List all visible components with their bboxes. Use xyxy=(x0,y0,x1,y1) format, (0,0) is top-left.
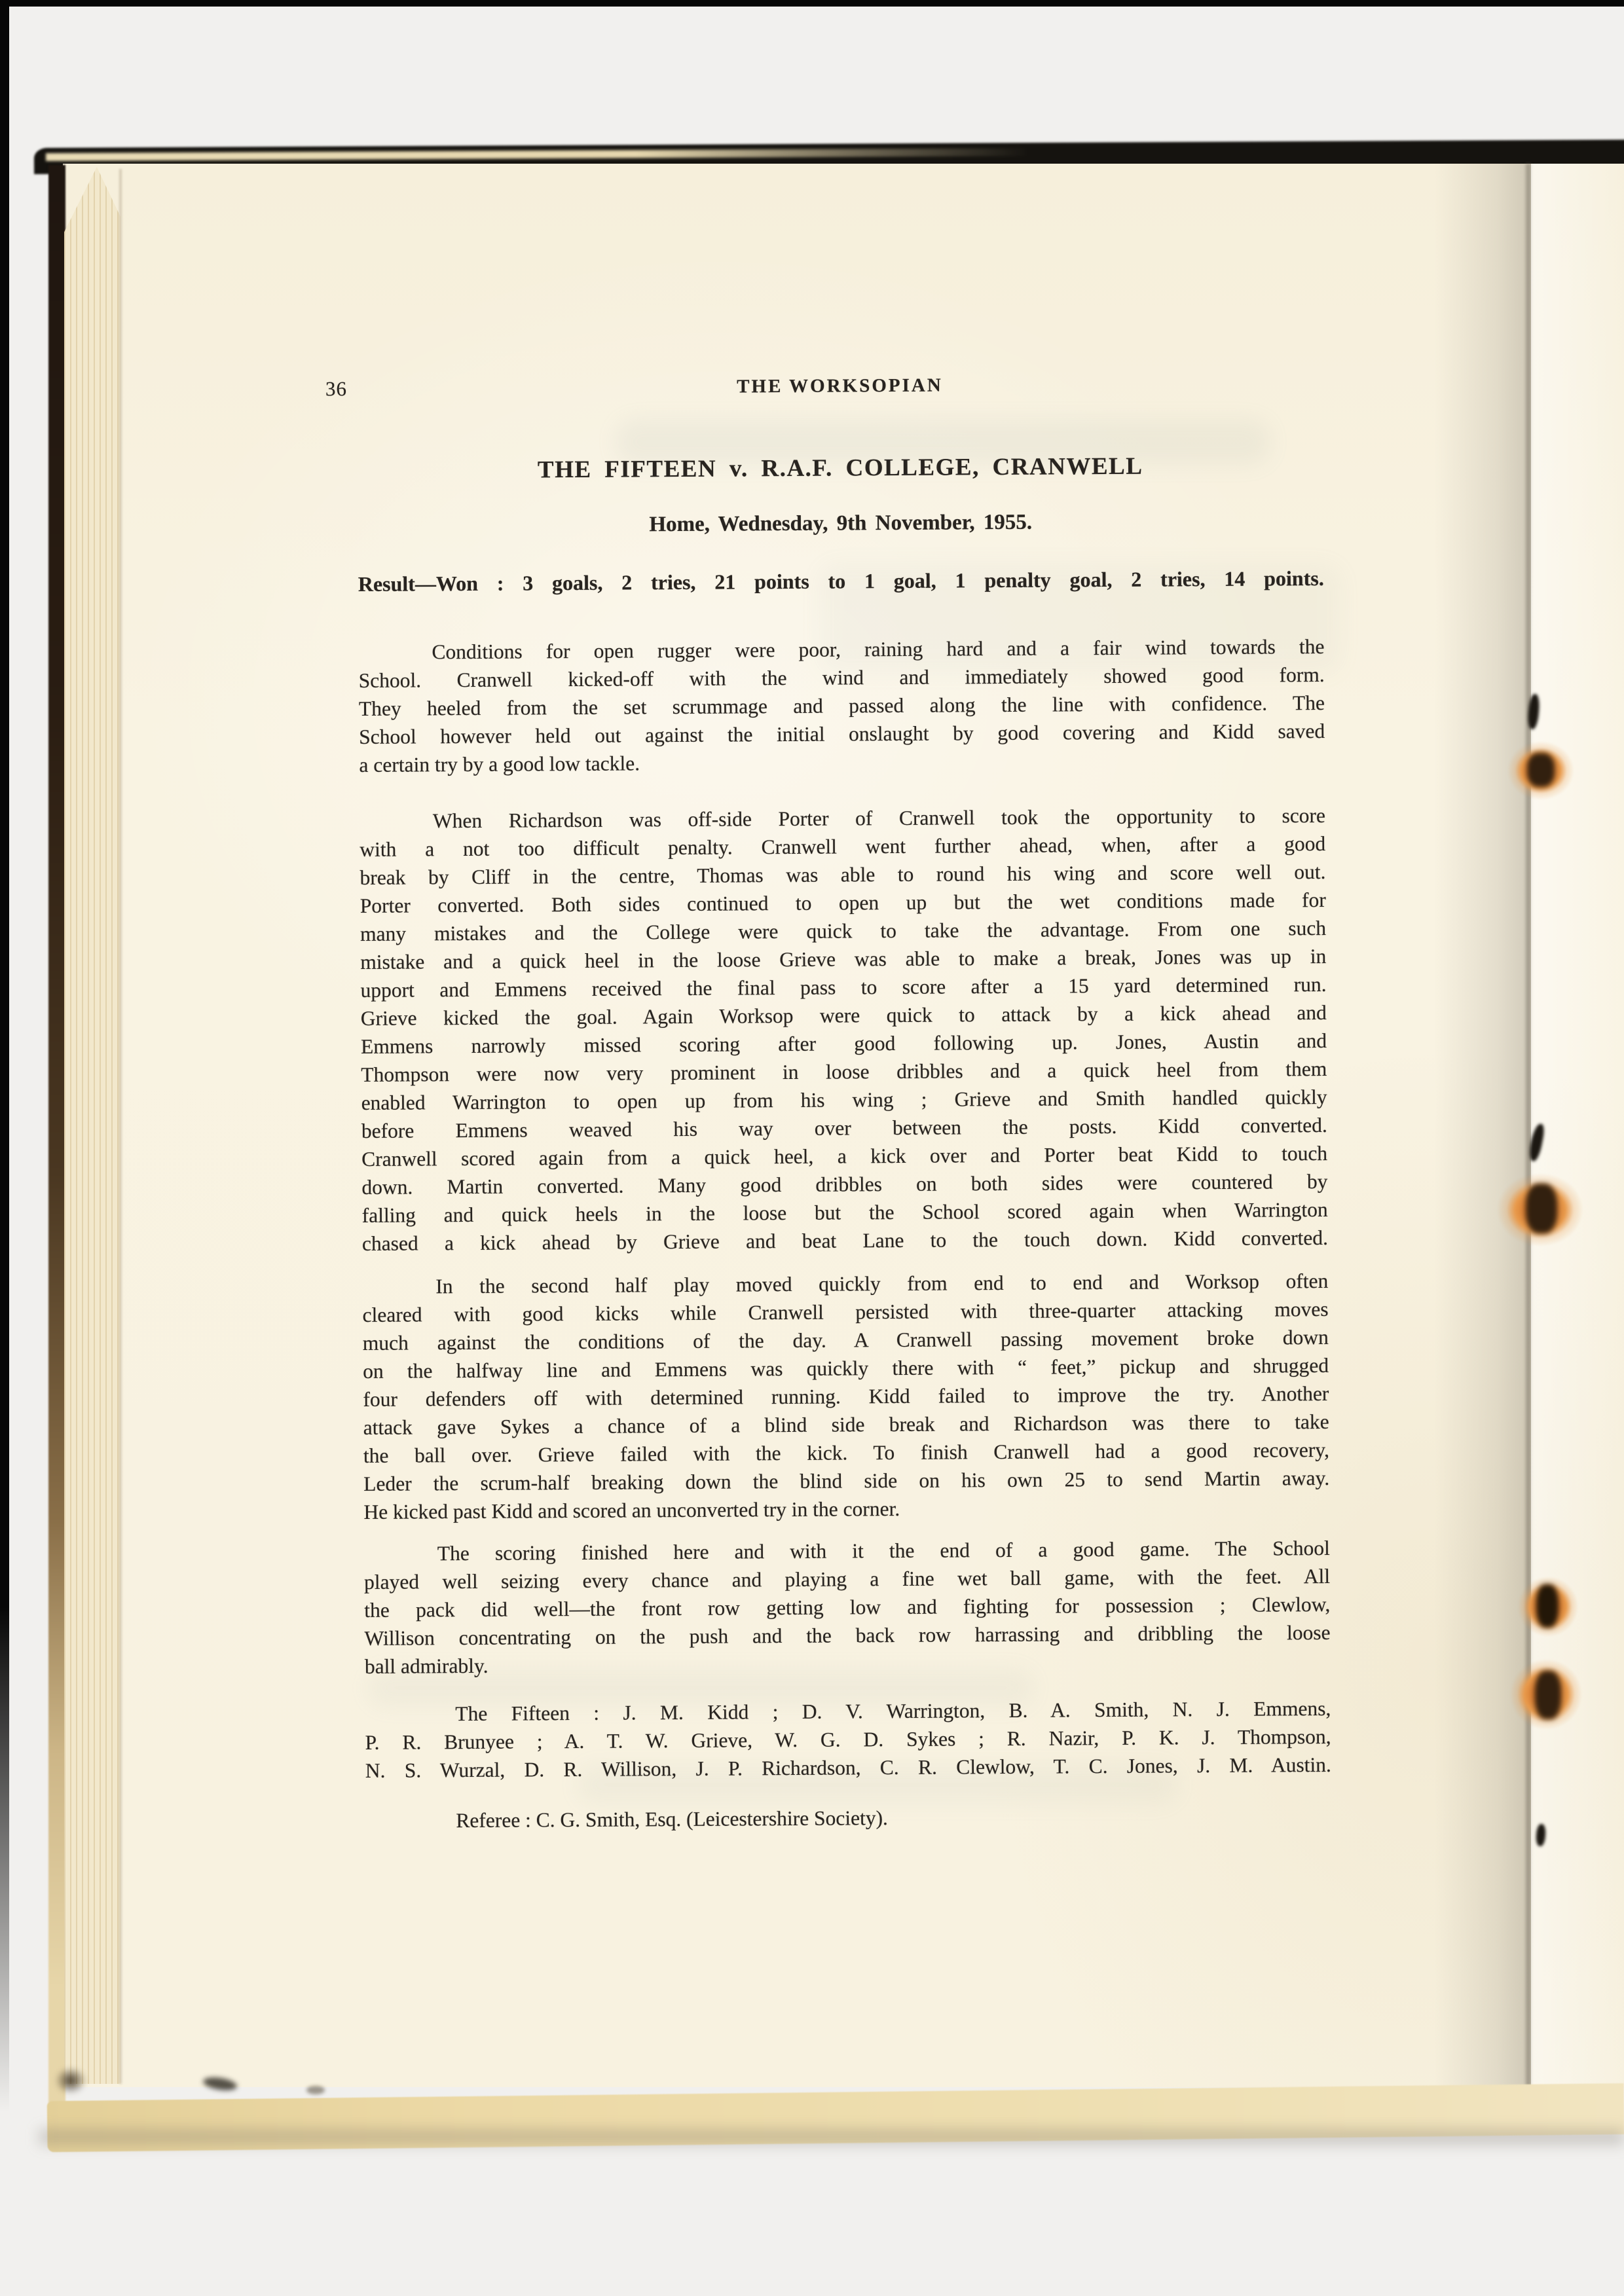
rust-stain xyxy=(1507,741,1574,800)
text-line: School however held out against the init… xyxy=(359,717,1325,751)
page-stack-fore-edge xyxy=(64,167,120,2084)
text-line: Willison concentrating on the push and t… xyxy=(364,1618,1330,1652)
page-stack-seam xyxy=(119,169,122,2084)
printed-text-block: 36 THE WORKSOPIAN THE FIFTEEN v. R.A.F. … xyxy=(354,0,1333,2128)
article-title: THE FIFTEEN v. R.A.F. COLLEGE, CRANWELL xyxy=(358,451,1323,485)
edge-nick xyxy=(306,2086,325,2094)
body-paragraph-2: When Richardson was off-side Porter of C… xyxy=(360,801,1328,1258)
rust-stain xyxy=(1510,1659,1582,1730)
page-curvature-shadow xyxy=(1434,164,1531,2087)
rust-stain xyxy=(1518,1576,1578,1637)
scanned-book-page: 36 THE WORKSOPIAN THE FIFTEEN v. R.A.F. … xyxy=(0,0,1624,2296)
page-fold-line xyxy=(1526,164,1531,2087)
book-bottom-shadow xyxy=(39,2129,1624,2145)
text-line: a certain try by a good low tackle. xyxy=(359,745,1325,779)
article-date: Home, Wednesday, 9th November, 1955. xyxy=(358,509,1323,539)
running-title: THE WORKSOPIAN xyxy=(357,373,1323,400)
text-line: chased a kick ahead by Grieve and beat L… xyxy=(362,1224,1328,1258)
cover-inner-shadow xyxy=(48,165,65,2103)
scanner-edge-left xyxy=(0,0,9,2296)
referee-line: Referee : C. G. Smith, Esq. (Leicestersh… xyxy=(365,1804,1331,1833)
text-line: Leder the scrum-half breaking down the b… xyxy=(363,1464,1329,1498)
result-line: Result—Won : 3 goals, 2 tries, 21 points… xyxy=(358,566,1324,596)
page-edge-highlight xyxy=(1531,164,1624,2087)
team-list-paragraph: The Fifteen : J. M. Kidd ; D. V. Warring… xyxy=(365,1694,1331,1785)
body-paragraph-4: The scoring finished here and with it th… xyxy=(364,1534,1331,1681)
corner-smudge xyxy=(50,2062,92,2099)
text-line: N. S. Wurzal, D. R. Willison, J. P. Rich… xyxy=(365,1751,1331,1785)
text-line: He kicked past Kidd and scored an unconv… xyxy=(363,1492,1329,1526)
text-line: ball admirably. xyxy=(365,1647,1331,1681)
body-paragraph-3: In the second half play moved quickly fr… xyxy=(362,1267,1329,1526)
rust-stain xyxy=(1497,1173,1583,1247)
page-number: 36 xyxy=(325,377,347,401)
body-paragraph-1: Conditions for open rugger were poor, ra… xyxy=(358,632,1325,779)
